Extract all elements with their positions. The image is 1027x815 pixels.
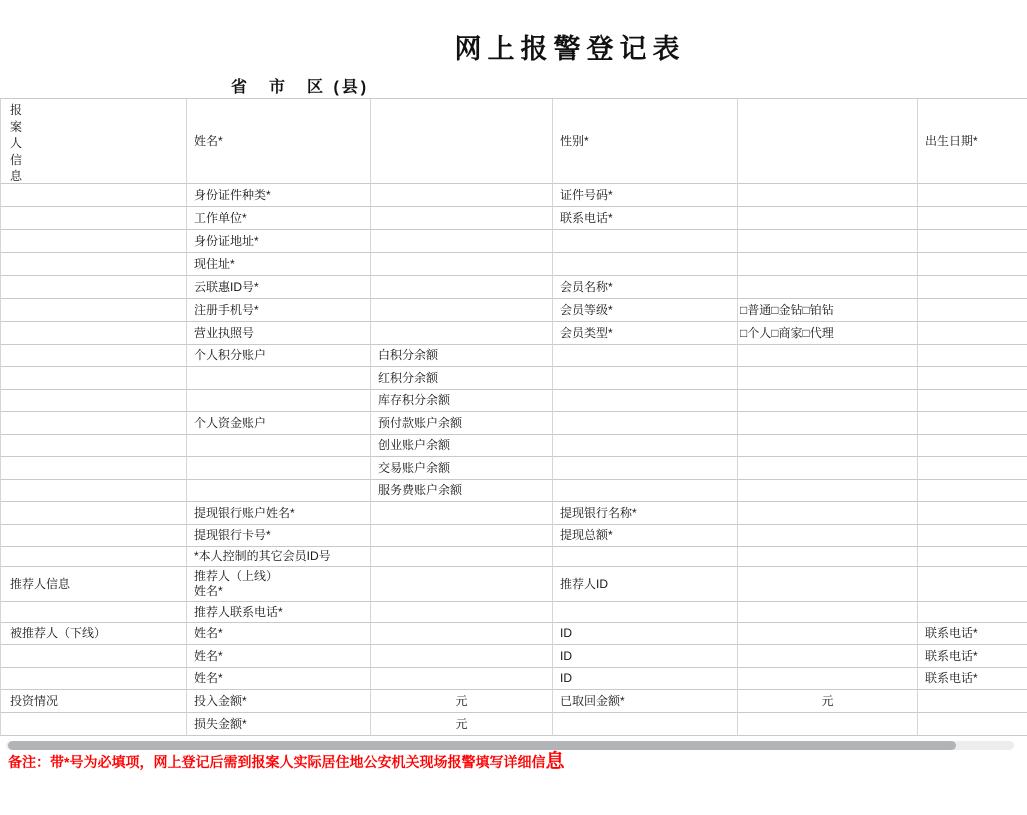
table-cell[interactable] <box>1 299 187 322</box>
table-cell[interactable] <box>1 322 187 345</box>
table-cell[interactable]: 出生日期* <box>918 99 1027 184</box>
table-row: 库存积分余额 <box>1 390 1027 412</box>
table-cell[interactable] <box>371 99 553 184</box>
table-cell[interactable] <box>1 435 187 457</box>
table-cell[interactable] <box>918 390 1027 412</box>
table-cell[interactable] <box>1 230 187 253</box>
table-cell[interactable] <box>553 547 738 567</box>
table-cell[interactable] <box>738 713 918 736</box>
registration-table: 报案人信息姓名*性别*出生日期*身份证件种类*证件号码*工作单位*联系电话*身份… <box>0 98 1027 736</box>
table-row: 服务费账户余额 <box>1 480 1027 502</box>
table-cell[interactable]: □普通□金钻□铂钻 <box>738 299 918 322</box>
table-cell[interactable] <box>187 390 371 412</box>
table-cell[interactable]: 元 <box>371 690 553 713</box>
table-cell[interactable]: 姓名* <box>187 668 371 690</box>
table-cell[interactable] <box>918 602 1027 623</box>
table-cell[interactable]: 红积分余额 <box>371 367 553 390</box>
table-cell[interactable] <box>738 623 918 645</box>
table-cell[interactable] <box>553 480 738 502</box>
table-cell[interactable]: 提现总额* <box>553 525 738 547</box>
table-row: 损失金额*元 <box>1 713 1027 736</box>
table-cell[interactable] <box>1 480 187 502</box>
table-cell[interactable] <box>553 435 738 457</box>
table-cell[interactable] <box>738 502 918 525</box>
table-cell[interactable] <box>738 412 918 435</box>
table-cell[interactable]: 个人积分账户 <box>187 345 371 367</box>
table-cell[interactable] <box>918 690 1027 713</box>
table-cell[interactable]: 营业执照号 <box>187 322 371 345</box>
table-cell[interactable]: 联系电话* <box>918 668 1027 690</box>
table-cell[interactable] <box>1 184 187 207</box>
table-cell[interactable] <box>918 207 1027 230</box>
table-cell[interactable] <box>187 435 371 457</box>
table-cell[interactable] <box>187 367 371 390</box>
table-cell[interactable]: 身份证地址* <box>187 230 371 253</box>
table-cell[interactable]: 会员名称* <box>553 276 738 299</box>
table-cell[interactable] <box>738 390 918 412</box>
table-cell[interactable] <box>918 184 1027 207</box>
table-row: 交易账户余额 <box>1 457 1027 480</box>
table-cell[interactable] <box>1 645 187 668</box>
table-cell[interactable]: 白积分余额 <box>371 345 553 367</box>
table-cell[interactable]: 被推荐人（下线） <box>1 623 187 645</box>
table-row: 红积分余额 <box>1 367 1027 390</box>
table-cell[interactable] <box>738 668 918 690</box>
table-cell[interactable] <box>1 412 187 435</box>
table-cell[interactable]: 推荐人联系电话* <box>187 602 371 623</box>
table-cell[interactable]: 提现银行卡号* <box>187 525 371 547</box>
table-cell[interactable]: 元 <box>371 713 553 736</box>
table-cell[interactable]: 现住址* <box>187 253 371 276</box>
table-cell[interactable] <box>738 457 918 480</box>
section-label: 报案人信息 <box>10 102 25 184</box>
table-cell[interactable] <box>918 502 1027 525</box>
table-cell[interactable] <box>187 457 371 480</box>
table-cell[interactable] <box>553 713 738 736</box>
table-cell[interactable] <box>1 525 187 547</box>
table-cell[interactable] <box>371 602 553 623</box>
page: 网上报警登记表 省 市 区 (县) 报案人信息姓名*性别*出生日期*身份证件种类… <box>0 0 1027 815</box>
table-row: 身份证件种类*证件号码* <box>1 184 1027 207</box>
table-cell[interactable] <box>738 645 918 668</box>
table-cell[interactable]: 性别* <box>553 99 738 184</box>
table-cell[interactable] <box>738 547 918 567</box>
table-cell[interactable]: 提现银行名称* <box>553 502 738 525</box>
table-cell[interactable] <box>1 276 187 299</box>
table-cell[interactable] <box>553 345 738 367</box>
table-cell[interactable]: 创业账户余额 <box>371 435 553 457</box>
table-cell[interactable] <box>371 276 553 299</box>
table-cell[interactable]: 元 <box>738 690 918 713</box>
table-cell[interactable]: 证件号码* <box>553 184 738 207</box>
table-cell[interactable]: 会员等级* <box>553 299 738 322</box>
table-row: 工作单位*联系电话* <box>1 207 1027 230</box>
table-cell[interactable]: 投资情况 <box>1 690 187 713</box>
table-cell[interactable] <box>553 230 738 253</box>
table-cell[interactable] <box>1 207 187 230</box>
table-row: 被推荐人（下线）姓名*ID联系电话* <box>1 623 1027 645</box>
table-row: 投资情况投入金额*元已取回金额*元 <box>1 690 1027 713</box>
table-row: 创业账户余额 <box>1 435 1027 457</box>
table-row: 身份证地址* <box>1 230 1027 253</box>
table-cell[interactable] <box>918 276 1027 299</box>
table-cell[interactable]: □个人□商家□代理 <box>738 322 918 345</box>
table-cell[interactable] <box>738 525 918 547</box>
table-cell[interactable]: 推荐人ID <box>553 567 738 602</box>
table-cell[interactable]: 预付款账户余额 <box>371 412 553 435</box>
table-cell[interactable] <box>371 502 553 525</box>
table-cell[interactable] <box>738 230 918 253</box>
table-cell[interactable] <box>1 457 187 480</box>
table-cell[interactable]: 姓名* <box>187 623 371 645</box>
table-cell[interactable]: 已取回金额* <box>553 690 738 713</box>
table-cell[interactable] <box>371 668 553 690</box>
region-line: 省 市 区 (县) <box>231 74 369 97</box>
table-cell[interactable]: 推荐人（上线） 姓名* <box>187 567 371 602</box>
table-row: 报案人信息姓名*性别*出生日期* <box>1 99 1027 184</box>
table-cell[interactable] <box>918 412 1027 435</box>
table-cell[interactable] <box>553 390 738 412</box>
table-cell[interactable] <box>1 547 187 567</box>
table-cell[interactable] <box>371 525 553 547</box>
table-cell[interactable]: 提现银行账户姓名* <box>187 502 371 525</box>
table-cell[interactable]: 推荐人信息 <box>1 567 187 602</box>
table-row: 注册手机号*会员等级*□普通□金钻□铂钻 <box>1 299 1027 322</box>
table-cell[interactable] <box>918 713 1027 736</box>
table-cell[interactable] <box>738 253 918 276</box>
table-cell[interactable] <box>371 253 553 276</box>
horizontal-scrollbar-thumb[interactable] <box>8 741 956 750</box>
table-cell[interactable] <box>738 207 918 230</box>
footnote-text: 备注：带*号为必填项，网上登记后需到报案人实际居住地公安机关现场报警填写详细信 <box>8 754 545 770</box>
table-cell[interactable]: 联系电话* <box>553 207 738 230</box>
table-cell[interactable] <box>371 645 553 668</box>
table-row: 个人资金账户预付款账户余额 <box>1 412 1027 435</box>
table-cell[interactable] <box>371 184 553 207</box>
table-cell[interactable]: 联系电话* <box>918 623 1027 645</box>
table-cell[interactable]: ID <box>553 623 738 645</box>
table-cell[interactable] <box>1 668 187 690</box>
table-cell[interactable] <box>738 367 918 390</box>
table-cell[interactable] <box>371 230 553 253</box>
footnote: 备注：带*号为必填项，网上登记后需到报案人实际居住地公安机关现场报警填写详细信息 <box>8 751 564 773</box>
table-cell[interactable] <box>918 253 1027 276</box>
table-cell[interactable]: 服务费账户余额 <box>371 480 553 502</box>
table-cell[interactable]: ID <box>553 668 738 690</box>
table-cell[interactable] <box>738 567 918 602</box>
table-row: 推荐人联系电话* <box>1 602 1027 623</box>
table-cell[interactable] <box>1 602 187 623</box>
table-cell[interactable]: 投入金额* <box>187 690 371 713</box>
table-cell[interactable]: 损失金额* <box>187 713 371 736</box>
table-cell[interactable] <box>738 345 918 367</box>
table-cell[interactable] <box>371 547 553 567</box>
table-row: 现住址* <box>1 253 1027 276</box>
table-cell[interactable] <box>553 602 738 623</box>
table-cell[interactable] <box>738 480 918 502</box>
table-cell[interactable] <box>738 184 918 207</box>
table-cell[interactable] <box>371 299 553 322</box>
table-cell[interactable] <box>918 322 1027 345</box>
table-cell[interactable] <box>918 480 1027 502</box>
table-cell[interactable] <box>738 276 918 299</box>
table-row: 姓名*ID联系电话* <box>1 645 1027 668</box>
table-cell[interactable] <box>918 457 1027 480</box>
table-cell[interactable] <box>1 345 187 367</box>
table-cell[interactable] <box>918 230 1027 253</box>
table-cell[interactable] <box>1 713 187 736</box>
table-cell[interactable]: ID <box>553 645 738 668</box>
table-cell[interactable] <box>918 435 1027 457</box>
table-cell[interactable]: 个人资金账户 <box>187 412 371 435</box>
table-row: *本人控制的其它会员ID号 <box>1 547 1027 567</box>
table-cell[interactable]: 联系电话* <box>918 645 1027 668</box>
footnote-text-large: 息 <box>545 751 564 772</box>
table-cell[interactable] <box>738 435 918 457</box>
table-cell[interactable]: 姓名* <box>187 645 371 668</box>
table-row: 云联惠ID号*会员名称* <box>1 276 1027 299</box>
table-cell[interactable] <box>371 623 553 645</box>
table-cell[interactable] <box>371 322 553 345</box>
table-row: 提现银行账户姓名*提现银行名称* <box>1 502 1027 525</box>
table-row: 营业执照号会员类型*□个人□商家□代理 <box>1 322 1027 345</box>
table-cell[interactable] <box>553 367 738 390</box>
table-cell[interactable] <box>1 390 187 412</box>
table-row: 提现银行卡号*提现总额* <box>1 525 1027 547</box>
table-cell[interactable] <box>553 457 738 480</box>
table-cell[interactable]: 身份证件种类* <box>187 184 371 207</box>
table-cell[interactable]: 报案人信息 <box>1 99 187 184</box>
table-cell[interactable] <box>187 480 371 502</box>
table-cell[interactable] <box>918 299 1027 322</box>
table-cell[interactable] <box>1 253 187 276</box>
table-cell[interactable] <box>371 567 553 602</box>
table-cell[interactable] <box>918 567 1027 602</box>
table-cell[interactable] <box>1 502 187 525</box>
table-cell[interactable]: 注册手机号* <box>187 299 371 322</box>
table-cell[interactable] <box>918 367 1027 390</box>
table-cell[interactable]: 交易账户余额 <box>371 457 553 480</box>
table-cell[interactable] <box>738 602 918 623</box>
table-cell[interactable] <box>371 207 553 230</box>
table-cell[interactable] <box>553 253 738 276</box>
table-cell[interactable] <box>918 345 1027 367</box>
table-row: 推荐人信息推荐人（上线） 姓名*推荐人ID <box>1 567 1027 602</box>
table-cell[interactable] <box>738 99 918 184</box>
table-cell[interactable] <box>553 412 738 435</box>
table-cell[interactable]: 姓名* <box>187 99 371 184</box>
table-row: 姓名*ID联系电话* <box>1 668 1027 690</box>
table-cell[interactable] <box>1 367 187 390</box>
table-cell[interactable] <box>918 547 1027 567</box>
page-title: 网上报警登记表 <box>0 27 1027 66</box>
table-cell[interactable]: 库存积分余额 <box>371 390 553 412</box>
table-cell[interactable]: *本人控制的其它会员ID号 <box>187 547 371 567</box>
table-cell[interactable]: 会员类型* <box>553 322 738 345</box>
table-row: 个人积分账户白积分余额 <box>1 345 1027 367</box>
table-cell[interactable] <box>918 525 1027 547</box>
table-cell[interactable]: 工作单位* <box>187 207 371 230</box>
table-cell[interactable]: 云联惠ID号* <box>187 276 371 299</box>
